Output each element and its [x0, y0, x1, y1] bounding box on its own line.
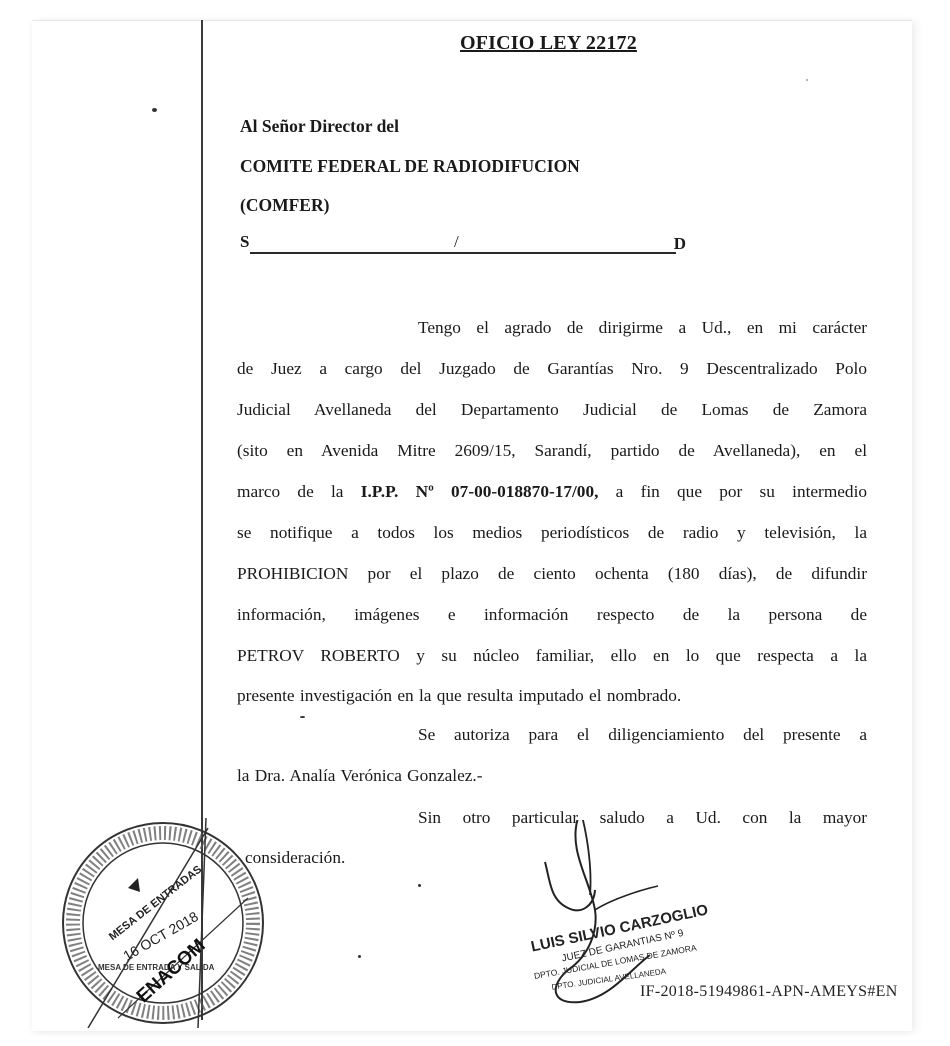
body-line: se notifique a todos los medios periodís…	[237, 523, 867, 543]
authorization-line: la Dra. Analía Verónica Gonzalez.-	[237, 766, 867, 786]
addressee-line: COMITE FEDERAL DE RADIODIFUCION	[240, 156, 580, 177]
salutation-slash: /	[454, 232, 459, 252]
body-line: de Juez a cargo del Juzgado de Garantías…	[237, 359, 867, 379]
speck	[418, 884, 421, 887]
body-line: Tengo el agrado de dirigirme a Ud., en m…	[418, 318, 867, 338]
addressee-line: Al Señor Director del	[240, 116, 399, 137]
body-line: Judicial Avellaneda del Departamento Jud…	[237, 400, 867, 420]
body-line: presente investigación en la que resulta…	[237, 686, 867, 706]
body-line: PETROV ROBERTO y su núcleo familiar, ell…	[237, 646, 867, 666]
document-id: IF-2018-51949861-APN-AMEYS#EN	[640, 983, 898, 1001]
speck	[806, 79, 808, 81]
speck	[358, 955, 361, 958]
salutation-s: S	[240, 232, 249, 252]
reception-stamp: MESA DE ENTRADAS 16 OCT 2018 MESA DE ENT…	[58, 818, 268, 1028]
judge-signature: LUIS SILVIO CARZOGLIO JUEZ DE GARANTIAS …	[520, 820, 800, 1010]
body-line: PROHIBICION por el plazo de ciento ochen…	[237, 564, 867, 584]
speck	[152, 108, 157, 112]
salutation-line: S / D	[240, 230, 686, 258]
authorization-line: Se autoriza para el diligenciamiento del…	[418, 725, 867, 745]
body-line: marco de la I.P.P. Nº 07-00-018870-17/00…	[237, 482, 867, 502]
case-number: I.P.P. Nº 07-00-018870-17/00,	[361, 482, 599, 501]
body-text: a fin que por su intermedio	[616, 482, 867, 501]
salutation-d: D	[674, 234, 686, 254]
salutation-rule	[250, 252, 676, 254]
document-title: OFICIO LEY 22172	[460, 32, 637, 55]
body-text: marco de la	[237, 482, 343, 501]
body-line: información, imágenes e información resp…	[237, 605, 867, 625]
addressee-line: (COMFER)	[240, 195, 329, 216]
speck	[300, 716, 305, 718]
body-line: (sito en Avenida Mitre 2609/15, Sarandí,…	[237, 441, 867, 461]
